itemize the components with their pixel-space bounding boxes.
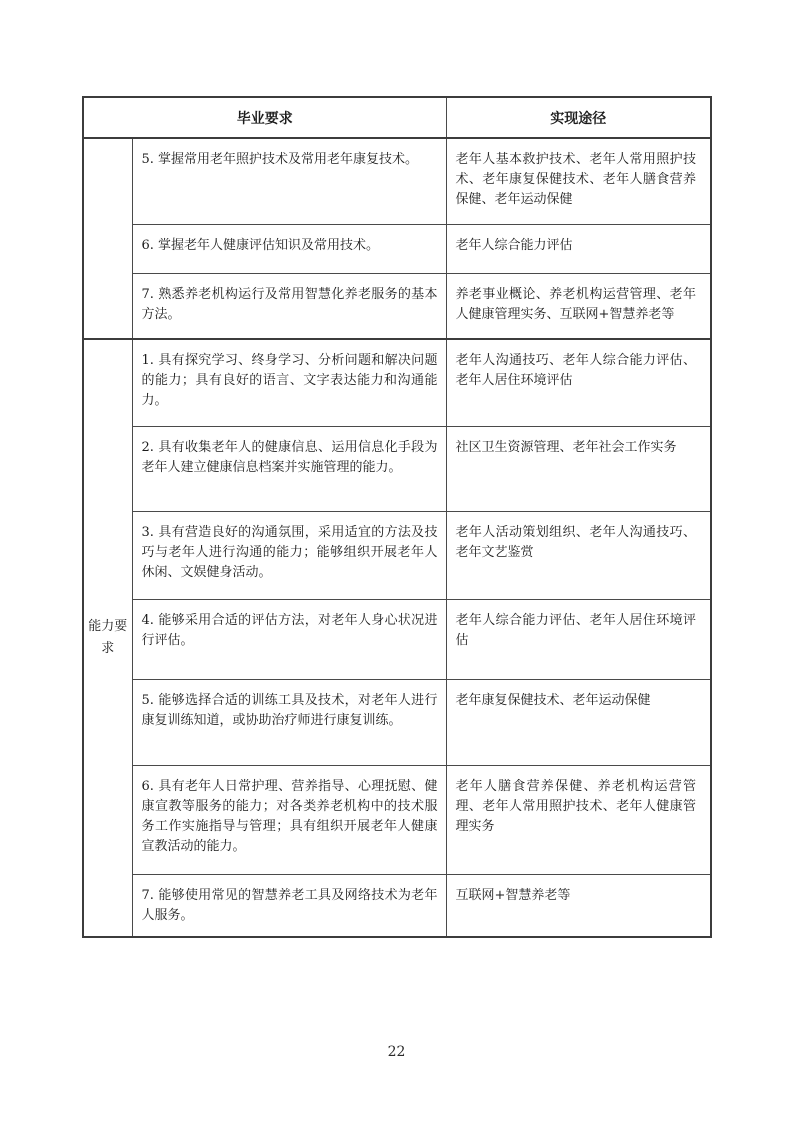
table-row: 3. 具有营造良好的沟通氛围，采用适宜的方法及技巧与老年人进行沟通的能力；能够组… — [83, 511, 711, 599]
requirement-cell: 3. 具有营造良好的沟通氛围，采用适宜的方法及技巧与老年人进行沟通的能力；能够组… — [132, 511, 446, 599]
implementation-cell: 老年人综合能力评估 — [446, 224, 711, 273]
requirement-cell: 1. 具有探究学习、终身学习、分析问题和解决问题的能力；具有良好的语言、文字表达… — [132, 339, 446, 426]
table-row: 6. 具有老年人日常护理、营养指导、心理抚慰、健康宣教等服务的能力；对各类养老机… — [83, 765, 711, 874]
column-header-graduation-requirements: 毕业要求 — [83, 97, 446, 138]
category-label: 能力要求 — [88, 619, 127, 656]
table-row: 5. 能够选择合适的训练工具及技术，对老年人进行康复训练知道，或协助治疗师进行康… — [83, 679, 711, 765]
document-page: 毕业要求 实现途径 5. 掌握常用老年照护技术及常用老年康复技术。老年人基本救护… — [0, 0, 793, 1122]
category-cell: 能力要求 — [83, 339, 132, 937]
implementation-cell: 老年人沟通技巧、老年人综合能力评估、老年人居住环境评估 — [446, 339, 711, 426]
table-row: 7. 能够使用常见的智慧养老工具及网络技术为老年人服务。互联网+智慧养老等 — [83, 874, 711, 937]
implementation-cell: 老年人综合能力评估、老年人居住环境评估 — [446, 599, 711, 679]
implementation-cell: 老年人基本救护技术、老年人常用照护技术、老年康复保健技术、老年人膳食营养保健、老… — [446, 138, 711, 224]
table-row: 能力要求1. 具有探究学习、终身学习、分析问题和解决问题的能力；具有良好的语言、… — [83, 339, 711, 426]
implementation-cell: 养老事业概论、养老机构运营管理、老年人健康管理实务、互联网+智慧养老等 — [446, 273, 711, 339]
requirement-cell: 2. 具有收集老年人的健康信息、运用信息化手段为老年人建立健康信息档案并实施管理… — [132, 426, 446, 511]
requirement-cell: 5. 掌握常用老年照护技术及常用老年康复技术。 — [132, 138, 446, 224]
category-cell — [83, 138, 132, 339]
page-number: 22 — [0, 1044, 793, 1060]
implementation-cell: 老年人膳食营养保健、养老机构运营管理、老年人常用照护技术、老年人健康管理实务 — [446, 765, 711, 874]
table-row: 7. 熟悉养老机构运行及常用智慧化养老服务的基本方法。养老事业概论、养老机构运营… — [83, 273, 711, 339]
table-row: 2. 具有收集老年人的健康信息、运用信息化手段为老年人建立健康信息档案并实施管理… — [83, 426, 711, 511]
requirement-cell: 5. 能够选择合适的训练工具及技术，对老年人进行康复训练知道，或协助治疗师进行康… — [132, 679, 446, 765]
requirement-cell: 6. 具有老年人日常护理、营养指导、心理抚慰、健康宣教等服务的能力；对各类养老机… — [132, 765, 446, 874]
table-row: 6. 掌握老年人健康评估知识及常用技术。老年人综合能力评估 — [83, 224, 711, 273]
implementation-cell: 老年康复保健技术、老年运动保健 — [446, 679, 711, 765]
requirements-table: 毕业要求 实现途径 5. 掌握常用老年照护技术及常用老年康复技术。老年人基本救护… — [82, 96, 712, 938]
implementation-cell: 社区卫生资源管理、老年社会工作实务 — [446, 426, 711, 511]
implementation-cell: 老年人活动策划组织、老年人沟通技巧、老年文艺鉴赏 — [446, 511, 711, 599]
requirement-cell: 7. 能够使用常见的智慧养老工具及网络技术为老年人服务。 — [132, 874, 446, 937]
column-header-implementation-path: 实现途径 — [446, 97, 711, 138]
requirement-cell: 6. 掌握老年人健康评估知识及常用技术。 — [132, 224, 446, 273]
table-header-row: 毕业要求 实现途径 — [83, 97, 711, 138]
table-row: 5. 掌握常用老年照护技术及常用老年康复技术。老年人基本救护技术、老年人常用照护… — [83, 138, 711, 224]
requirement-cell: 7. 熟悉养老机构运行及常用智慧化养老服务的基本方法。 — [132, 273, 446, 339]
requirement-cell: 4. 能够采用合适的评估方法，对老年人身心状况进行评估。 — [132, 599, 446, 679]
implementation-cell: 互联网+智慧养老等 — [446, 874, 711, 937]
table-row: 4. 能够采用合适的评估方法，对老年人身心状况进行评估。老年人综合能力评估、老年… — [83, 599, 711, 679]
